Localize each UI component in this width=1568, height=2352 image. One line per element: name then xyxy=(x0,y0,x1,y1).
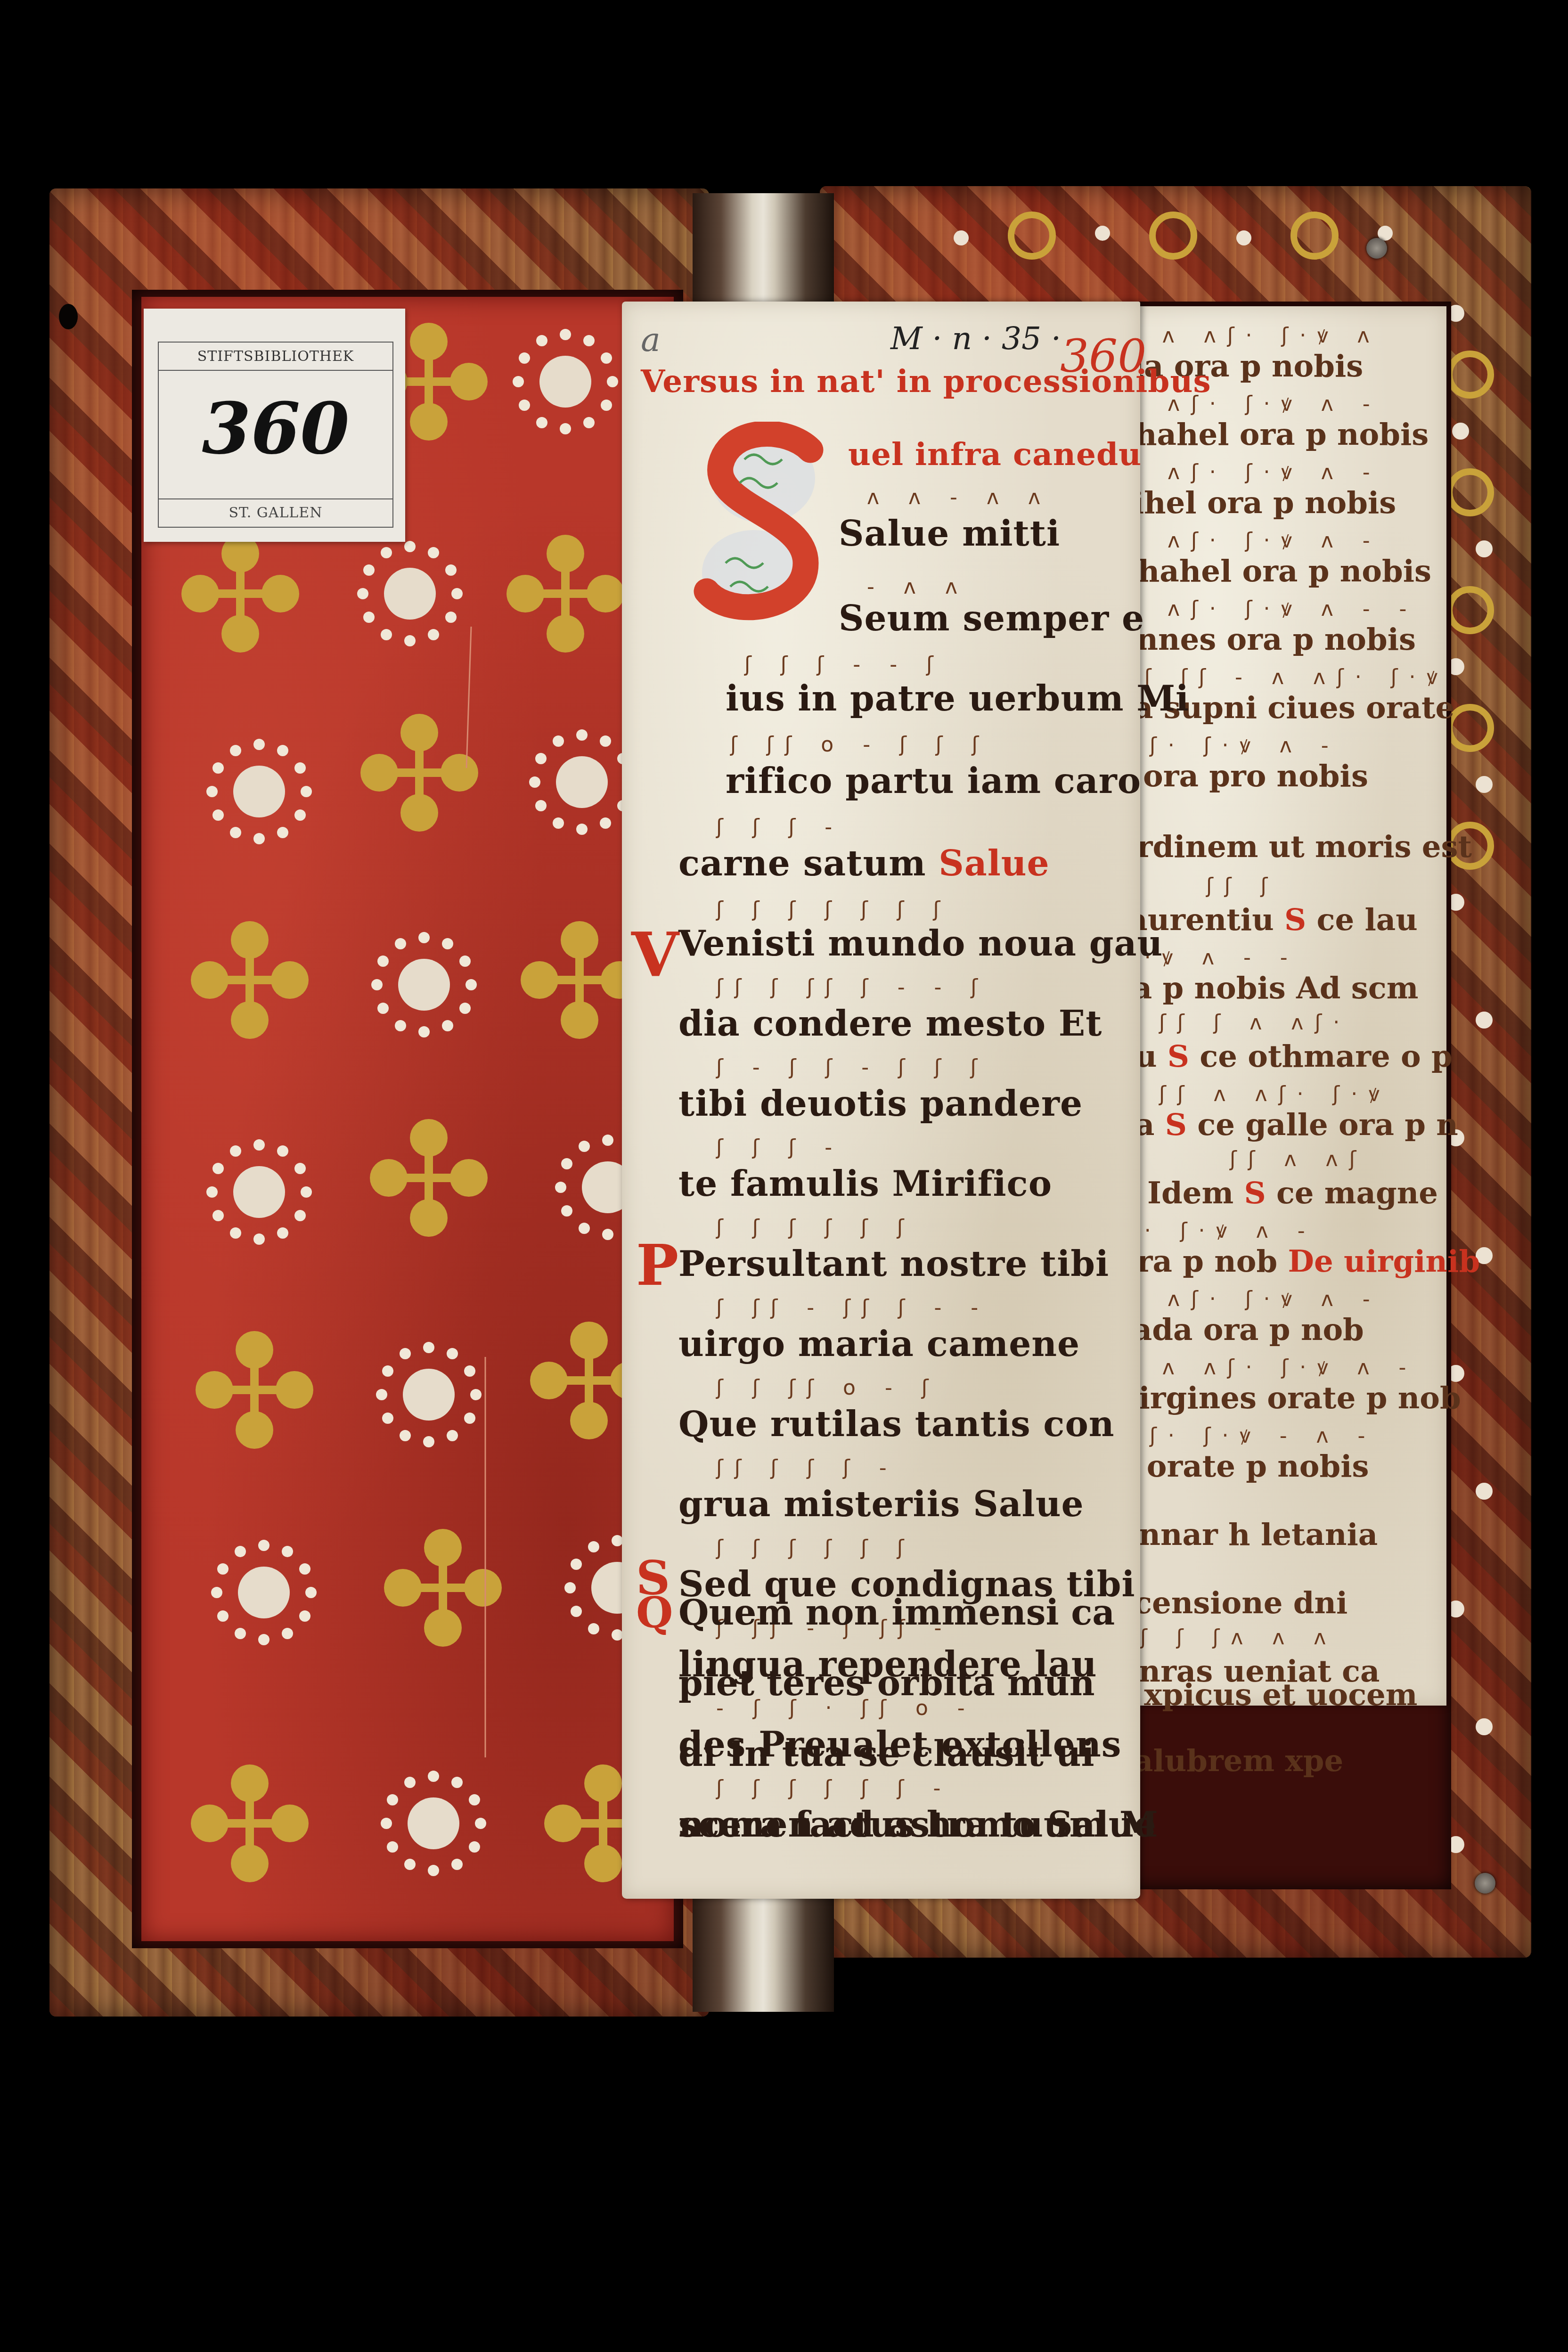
neumes: ʃ ʃ ʃ ʃ ʃ ʃ ʃ xyxy=(716,898,951,922)
text-line: rifico partu iam caro xyxy=(726,761,1141,801)
neumes: ᴧʃ· ʃ·ꝟ ᴧ - xyxy=(1126,730,1340,759)
page-mark: a xyxy=(641,320,661,359)
neumes: ʃ ʃ ʃ ʃ ʃ ʃ xyxy=(716,1216,915,1240)
neumes: ʃ ʃ ʃ - - ʃ xyxy=(744,653,945,677)
text-line: Persultant nostre tibi xyxy=(678,1244,1109,1284)
neumes: ʃ ᴧ ᴧʃ· ʃ·ꝟ ᴧ - xyxy=(1126,1352,1417,1380)
neumes: - ᴧ ᴧ xyxy=(867,575,969,599)
neumes: ʃ· ʃ·ꝟ ᴧ - xyxy=(1126,1216,1316,1244)
text-line: annes ora p nobis xyxy=(1117,622,1416,657)
left-cover-red-panel xyxy=(141,297,674,1941)
text-line: dia condere mesto Et xyxy=(678,1004,1102,1044)
text-line: rada ora p nob xyxy=(1117,1312,1364,1347)
text-line: chahel ora p nobis xyxy=(1117,417,1429,452)
neumes: ᴧ ᴧʃ· ʃ·ꝟ ᴧ - xyxy=(1126,457,1381,485)
text-line: Venisti mundo noua gau xyxy=(678,923,1163,964)
library-shelfmark-label: STIFTSBIBLIOTHEK 360 ST. GALLEN xyxy=(144,309,405,542)
neumes: ʃʃ ᴧ ᴧʃ· ʃ·ꝟ xyxy=(1159,1079,1390,1107)
label-rule-top xyxy=(159,370,392,371)
neumes: ʃ ʃ ʃ - xyxy=(716,815,843,839)
text-line: Seum semper e xyxy=(839,598,1144,639)
neumes: ʃ ʃ ʃᴧ ᴧ ᴧ xyxy=(1140,1625,1337,1650)
right-page-lower: s xpicus et uocem salubrem xpe xyxy=(1112,1706,1446,1894)
text-line: ora p nob De uirginib xyxy=(1117,1244,1480,1279)
binding-nail xyxy=(1475,1873,1495,1894)
text-line: cu S ce othmare o p xyxy=(1117,1039,1453,1074)
text-line: o Idem S ce magne xyxy=(1117,1176,1438,1211)
neumes: ᴧ ᴧ - ᴧ ᴧ xyxy=(867,485,1052,509)
neumes: ᴧʃ· ʃ·ꝟ - ᴧ - xyxy=(1126,1421,1376,1449)
text-line: Quem non immensi ca xyxy=(678,1592,1115,1633)
neumes: ᴧ ᴧʃ· ʃ·ꝟ ᴧ - xyxy=(1126,1284,1381,1312)
initial-q: Q xyxy=(636,1588,673,1638)
text-line: uirgo maria camene xyxy=(678,1324,1080,1364)
initial-v: V xyxy=(631,919,679,991)
binding-hole xyxy=(59,304,78,329)
text-line: ius in patre uerbum Mi xyxy=(726,678,1189,719)
text-line: grua misteriis Salue xyxy=(678,1484,1084,1525)
text-line: Que rutilas tantis con xyxy=(678,1404,1115,1445)
text-line: ra p nobis Ad scm xyxy=(1117,971,1419,1006)
neumes: ʃʃ ʃ xyxy=(1206,874,1279,898)
neumes: ʃ ʃʃ o - ʃ ʃ ʃ xyxy=(730,733,990,757)
neumes: ᴧ ᴧʃ· ʃ·ꝟ ᴧ - xyxy=(1126,525,1381,554)
neumes: ᴧ ᴧʃ· ʃ·ꝟ ᴧ - - xyxy=(1126,594,1418,622)
neumes: ʃ - ʃ ʃ - ʃ ʃ ʃ xyxy=(716,1055,988,1079)
neumes: ʃ ʃ ʃʃ o - ʃ xyxy=(716,1376,940,1400)
text-line: piet teres orbita mun xyxy=(678,1663,1095,1704)
text-line: unnar h letania xyxy=(1117,1517,1378,1552)
cover-motif-pattern xyxy=(141,297,674,1941)
text-line: salubrem xpe xyxy=(1117,1743,1343,1779)
text-line: ordinem ut moris est xyxy=(1117,829,1472,865)
neumes: ʃ ʃ ʃ - xyxy=(716,1135,843,1160)
old-shelfmark: M · n · 35 · xyxy=(890,320,1061,357)
decorated-initial-s xyxy=(693,422,834,629)
text-line: scera factus homo Salue xyxy=(678,1805,1156,1845)
label-rule-bottom xyxy=(159,498,392,499)
text-line: tibi deuotis pandere xyxy=(678,1084,1083,1124)
middle-page-lower: Q Quem non immensi ca piet teres orbita … xyxy=(622,1592,1140,1899)
text-line: ca S ce galle ora p n xyxy=(1117,1107,1458,1143)
label-library-name: STIFTSBIBLIOTHEK xyxy=(159,348,392,365)
neumes: ʃʃ ʃ ʃ ʃ - xyxy=(716,1456,898,1480)
text-line: r ora pro nobis xyxy=(1117,759,1368,794)
text-line: uirgines orate p nob xyxy=(1117,1380,1461,1416)
right-manuscript-page: ʃ ᴧ ᴧʃ· ʃ·ꝟ ᴧ ria ora p nobis ᴧ ᴧʃ· ʃ·ꝟ … xyxy=(1112,306,1446,1706)
label-shelfmark-number: 360 xyxy=(159,387,392,470)
neumes: ʃʃ ʃ ʃʃ ʃ - - ʃ xyxy=(716,975,989,999)
label-city: ST. GALLEN xyxy=(159,505,392,521)
text-line: di In tua se clausit ui xyxy=(678,1734,1094,1774)
rubric-title: Versus in nat' in processionibus xyxy=(641,363,1211,400)
binding-nail xyxy=(1366,238,1387,259)
text-line: te famulis Mirifico xyxy=(678,1164,1052,1204)
text-line-rubric: scensione dni xyxy=(1117,1585,1347,1621)
text-line: a orate p nobis xyxy=(1117,1449,1369,1484)
label-border: STIFTSBIBLIOTHEK 360 ST. GALLEN xyxy=(158,342,393,528)
neumes: ʃʃ ʃ ᴧ ᴧʃ· xyxy=(1159,1011,1351,1035)
neumes: ʃ ʃ ʃ ʃ ʃ ʃ xyxy=(716,1536,915,1560)
initial-p: P xyxy=(636,1232,678,1298)
text-line: uel infra canedu xyxy=(848,436,1142,473)
text-line: s xpicus et uocem xyxy=(1117,1677,1418,1713)
text-line: rihel ora p nobis xyxy=(1117,485,1396,521)
neumes: ʃʃ ᴧ ᴧʃ xyxy=(1230,1147,1367,1171)
text-line: carne satum Salue xyxy=(678,843,1050,884)
neumes: ʃ ᴧ ᴧʃ· ʃ·ꝟ ᴧ xyxy=(1126,320,1381,349)
neumes: ʃ ʃʃ - ʃʃ ʃ - - xyxy=(716,1296,989,1320)
text-line: Salue mitti xyxy=(839,514,1060,554)
text-line: phahel ora p nobis xyxy=(1117,554,1431,589)
